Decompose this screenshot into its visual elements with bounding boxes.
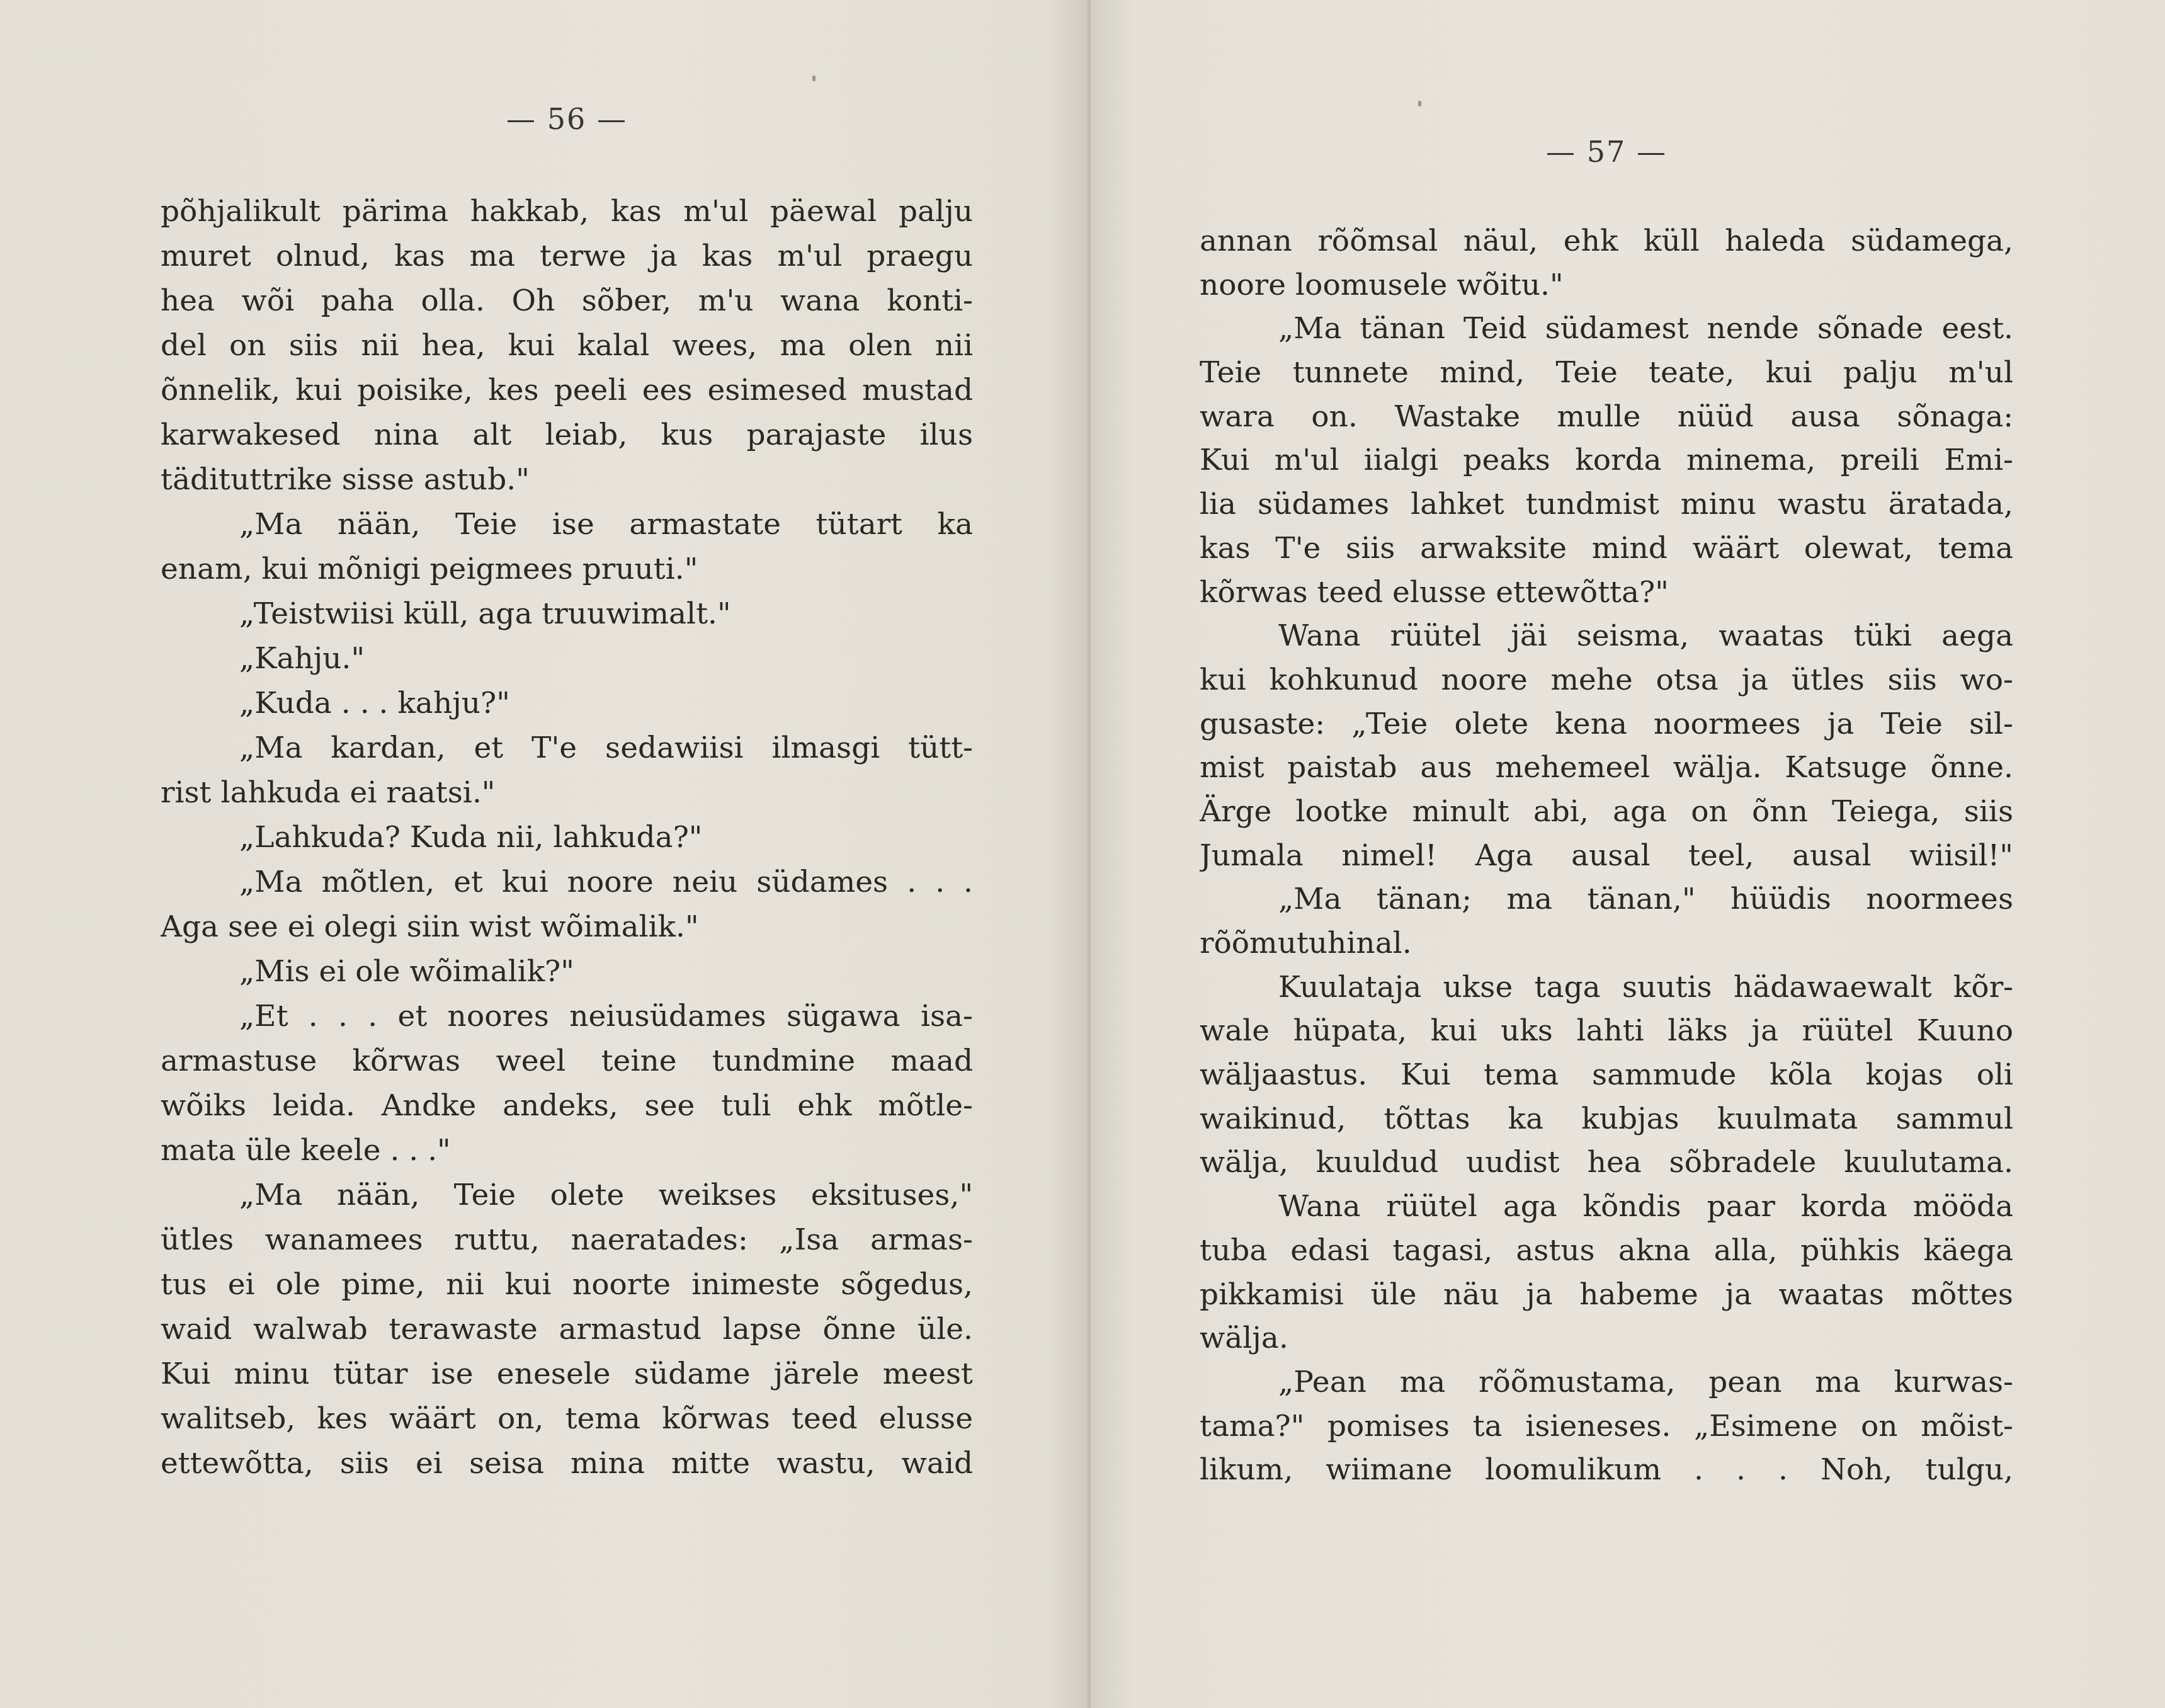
text-line: „Mis ei ole wõimalik?": [161, 949, 973, 994]
text-line: Aga see ei olegi siin wist wõimalik.": [161, 904, 973, 949]
text-line: pikkamisi üle näu ja habeme ja waatas mõ…: [1200, 1273, 2013, 1317]
left-page: — 56 — põhjalikult pärima hakkab, kas m'…: [0, 0, 1089, 1708]
text-line: muret olnud, kas ma terwe ja kas m'ul pr…: [161, 234, 973, 278]
text-line: „Ma kardan, et T'e sedawiisi ilmasgi tüt…: [161, 726, 973, 770]
paper-speck: [1418, 101, 1421, 106]
text-line: kas T'e siis arwaksite mind wäärt olewat…: [1200, 527, 2013, 571]
text-line: waid walwab terawaste armastud lapse õnn…: [161, 1307, 973, 1352]
text-line: hea wõi paha olla. Oh sõber, m'u wana ko…: [161, 278, 973, 323]
text-line: tus ei ole pime, nii kui noorte inimeste…: [161, 1262, 973, 1307]
text-line: Kui minu tütar ise enesele südame järele…: [161, 1352, 973, 1396]
text-line: wälja, kuuldud uudist hea sõbradele kuul…: [1200, 1141, 2013, 1185]
text-line: „Kuda . . . kahju?": [161, 681, 973, 726]
text-line: Kui m'ul iialgi peaks korda minema, prei…: [1200, 438, 2013, 482]
text-line: kui kohkunud noore mehe otsa ja ütles si…: [1200, 658, 2013, 702]
right-page-body: annan rõõmsal näul, ehk küll haleda süda…: [1200, 219, 2013, 1492]
text-line: mist paistab aus mehemeel wälja. Katsuge…: [1200, 746, 2013, 790]
text-line: mata üle keele . . .": [161, 1128, 973, 1173]
text-line: „Ma mõtlen, et kui noore neiu südames . …: [161, 860, 973, 904]
text-line: annan rõõmsal näul, ehk küll haleda süda…: [1200, 219, 2013, 263]
text-line: waikinud, tõttas ka kubjas kuulmata samm…: [1200, 1097, 2013, 1141]
text-line: noore loomusele wõitu.": [1200, 263, 2013, 307]
text-line: ettewõtta, siis ei seisa mina mitte wast…: [161, 1441, 973, 1486]
paper-speck: [812, 76, 815, 81]
text-line: Wana rüütel aga kõndis paar korda mööda: [1200, 1185, 2013, 1229]
text-line: rõõmutuhinal.: [1200, 921, 2013, 965]
text-line: Kuulataja ukse taga suutis hädawaewalt k…: [1200, 965, 2013, 1010]
text-line: walitseb, kes wäärt on, tema kõrwas teed…: [161, 1396, 973, 1441]
text-line: rist lahkuda ei raatsi.": [161, 770, 973, 815]
text-line: „Pean ma rõõmustama, pean ma kurwas-: [1200, 1360, 2013, 1404]
text-line: „Kahju.": [161, 636, 973, 681]
text-line: del on siis nii hea, kui kalal wees, ma …: [161, 323, 973, 368]
text-line: karwakesed nina alt leiab, kus parajaste…: [161, 413, 973, 457]
text-line: wale hüpata, kui uks lahti läks ja rüüte…: [1200, 1009, 2013, 1053]
left-page-body: põhjalikult pärima hakkab, kas m'ul päew…: [161, 189, 973, 1486]
right-page: — 57 — annan rõõmsal näul, ehk küll hale…: [1091, 0, 2165, 1708]
text-line: likum, wiimane loomulikum . . . Noh, tul…: [1200, 1448, 2013, 1492]
text-line: Jumala nimel! Aga ausal teel, ausal wiis…: [1200, 834, 2013, 878]
text-line: Teie tunnete mind, Teie teate, kui palju…: [1200, 351, 2013, 395]
text-line: Ärge lootke minult abi, aga on õnn Teieg…: [1200, 790, 2013, 834]
text-line: kõrwas teed elusse ettewõtta?": [1200, 571, 2013, 615]
text-line: wõiks leida. Andke andeks, see tuli ehk …: [161, 1083, 973, 1128]
text-line: „Et . . . et noores neiusüdames sügawa i…: [161, 994, 973, 1039]
text-line: „Ma tänan Teid südamest nende sõnade ees…: [1200, 307, 2013, 351]
text-line: wara on. Wastake mulle nüüd ausa sõnaga:: [1200, 395, 2013, 439]
text-line: põhjalikult pärima hakkab, kas m'ul päew…: [161, 189, 973, 234]
text-line: tädituttrike sisse astub.": [161, 457, 973, 502]
text-line: „Ma tänan; ma tänan," hüüdis noormees: [1200, 877, 2013, 921]
text-line: „Teistwiisi küll, aga truuwimalt.": [161, 591, 973, 636]
text-line: tuba edasi tagasi, astus akna alla, pühk…: [1200, 1229, 2013, 1273]
page-number-right: — 57 —: [1200, 135, 2013, 169]
text-line: enam, kui mõnigi peigmees pruuti.": [161, 547, 973, 591]
text-line: „Ma nään, Teie ise armastate tütart ka: [161, 502, 973, 547]
page-number-left: — 56 —: [161, 102, 973, 136]
text-line: gusaste: „Teie olete kena noormees ja Te…: [1200, 702, 2013, 746]
text-line: Wana rüütel jäi seisma, waatas tüki aega: [1200, 614, 2013, 658]
text-line: „Lahkuda? Kuda nii, lahkuda?": [161, 815, 973, 860]
text-line: „Ma nään, Teie olete weikses eksituses,": [161, 1173, 973, 1217]
text-line: armastuse kõrwas weel teine tundmine maa…: [161, 1039, 973, 1083]
text-line: ütles wanamees ruttu, naeratades: „Isa a…: [161, 1217, 973, 1262]
text-line: lia südames lahket tundmist minu wastu ä…: [1200, 482, 2013, 527]
text-line: wäljaastus. Kui tema sammude kõla kojas …: [1200, 1053, 2013, 1097]
text-line: wälja.: [1200, 1316, 2013, 1360]
text-line: tama?" pomises ta isieneses. „Esimene on…: [1200, 1404, 2013, 1449]
text-line: õnnelik, kui poisike, kes peeli ees esim…: [161, 368, 973, 413]
